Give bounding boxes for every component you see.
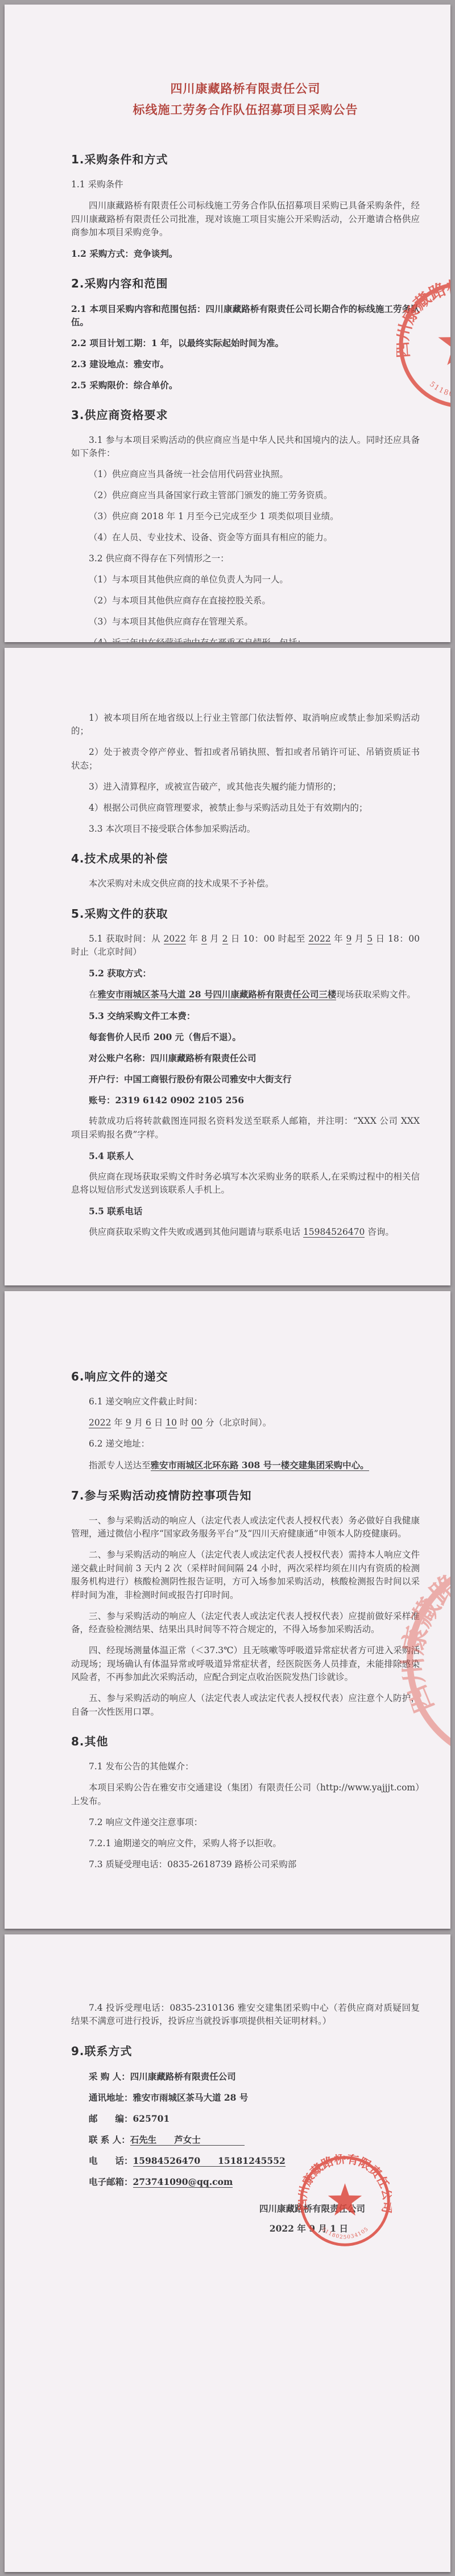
text-run: 时	[177, 1418, 191, 1428]
paragraph: 2.3 建设地点：雅安市。	[71, 358, 420, 371]
paragraph: （1）供应商应当具备统一社会信用代码营业执照。	[71, 468, 420, 482]
paragraph: （2）供应商应当具备国家行政主管部门颁发的施工劳务资质。	[71, 489, 420, 503]
text-run: 电 话：	[89, 2155, 133, 2166]
underlined-value: 00	[191, 1418, 202, 1428]
underlined-value: 石先生 芦女士	[130, 2134, 245, 2146]
section-heading: 8.其他	[71, 1734, 420, 1749]
page-1: 四川康藏路桥有限责任公司标线施工劳务合作队伍招募项目采购公告1.采购条件和方式1…	[5, 5, 450, 642]
paragraph: 6.2 递交地址：	[71, 1437, 420, 1451]
paragraph: 电 话：15984526470 15181245552	[71, 2154, 420, 2168]
text-run: 咨询。	[365, 1227, 394, 1237]
document-scan: 四川康藏路桥有限责任公司标线施工劳务合作队伍招募项目采购公告1.采购条件和方式1…	[0, 0, 455, 2576]
paragraph: 3）进入清算程序，或被宣告破产，或其他丧失履约能力情形的；	[71, 780, 420, 794]
paragraph: 对公账户名称：四川康藏路桥有限责任公司	[71, 1051, 420, 1065]
paragraph: 1.1 采购条件	[71, 178, 420, 192]
text-run: 5.1 获取时间：从	[89, 934, 164, 944]
underlined-value: 2022	[89, 1418, 111, 1428]
paragraph: 电子邮箱：273741090@qq.com	[71, 2175, 420, 2189]
paragraph: 7.3 质疑受理电话：0835-2618739 路桥公司采购部	[71, 1858, 420, 1872]
paragraph: 2）处于被责令停产停业、暂扣或者吊销执照、暂扣或者吊销许可证、吊销资质证书状态；	[71, 746, 420, 773]
paragraph: 2.5 采购限价：综合单价。	[71, 379, 420, 392]
text-run: 日 10：00 时起至	[228, 934, 309, 944]
text-run: 月	[207, 934, 222, 944]
underlined-value: 15984526470	[303, 1227, 365, 1238]
text-run: 分（北京时间）。	[202, 1418, 271, 1428]
paragraph: 联 系 人：石先生 芦女士	[71, 2133, 420, 2147]
paragraph: 采 购 人：四川康藏路桥有限责任公司	[71, 2070, 420, 2084]
section-heading: 5.采购文件的获取	[71, 906, 420, 922]
section-heading: 3.供应商资格要求	[71, 408, 420, 423]
paragraph: 3.2 供应商不得存在下列情形之一：	[71, 552, 420, 566]
paragraph: 5.4 联系人	[71, 1149, 420, 1163]
underlined-value: 2022	[164, 934, 186, 944]
text-run: 联 系 人：	[89, 2134, 130, 2145]
document-title: 四川康藏路桥有限责任公司	[71, 79, 420, 100]
paragraph: 二、参与采购活动的响应人（法定代表人或法定代表人授权代表）需持本人响应文件递交截…	[71, 1548, 420, 1602]
paragraph: 本项目采购公告在雅安市交通建设（集团）有限责任公司（http://www.yaj…	[71, 1781, 420, 1808]
paragraph: 2.2 项目计划工期：1 年，以最终实际起始时间为准。	[71, 336, 420, 350]
paragraph: 四、经现场测量体温正常（＜37.3℃）且无咳嗽等呼吸道异常症状者方可进入采购活动…	[71, 1644, 420, 1685]
paragraph: 转款成功后将转款截图连同报名资料发送至联系人邮箱，并注明：“XXX 公司 XXX…	[71, 1115, 420, 1141]
paragraph: 三、参与采购活动的响应人（法定代表人或法定代表人授权代表）应提前做好采样准备，经…	[71, 1610, 420, 1637]
page-2: 1）被本项目所在地省级以上行业主管部门依法暂停、取消响应或禁止参加采购活动的；2…	[5, 648, 450, 1285]
signature-line: 四川康藏路桥有限责任公司	[71, 2202, 420, 2216]
text-run: 月	[351, 934, 367, 944]
paragraph: 3.3 本次项目不接受联合体参加采购活动。	[71, 823, 420, 836]
paragraph: 2022 年 9 月 6 日 10 时 00 分（北京时间）。	[71, 1416, 420, 1430]
text-run: 年	[331, 934, 346, 944]
section-heading: 4.技术成果的补偿	[71, 851, 420, 866]
signature-line: 2022 年 9 月 1 日	[71, 2222, 420, 2236]
paragraph: 开户行：中国工商银行股份有限公司雅安中大街支行	[71, 1073, 420, 1086]
paragraph: 1.2 采购方式：竞争谈判。	[71, 247, 420, 261]
paragraph: （4）近三年内在经营活动中存在严重不良情形。包括：	[71, 636, 420, 642]
paragraph: （3）与本项目其他供应商存在管理关系。	[71, 615, 420, 629]
text-run: 电子邮箱：	[89, 2176, 133, 2187]
paragraph: 7.1 发布公告的其他媒介：	[71, 1760, 420, 1774]
text-run: 在	[89, 989, 98, 1000]
text-run: 日	[151, 1418, 166, 1428]
paragraph: 供应商获取采购文件失败或遇到其他问题请与联系电话 15984526470 咨询。	[71, 1226, 420, 1239]
seal-star-icon	[438, 320, 450, 365]
page-3: 6.响应文件的递交6.1 递交响应文件截止时间：2022 年 9 月 6 日 1…	[5, 1291, 450, 1929]
paragraph: 四川康藏路桥有限责任公司标线施工劳务合作队伍招募项目采购已具备采购条件，经四川康…	[71, 199, 420, 240]
page-4: 7.4 投诉受理电话：0835-2310136 雅安交建集团采购中心（若供应商对…	[5, 1934, 450, 2572]
section-heading: 9.联系方式	[71, 2044, 420, 2059]
paragraph: 邮 编：625701	[71, 2112, 420, 2126]
underlined-value: 8	[201, 934, 207, 944]
paragraph: 一、参与采购活动的响应人（法定代表人或法定代表人授权代表）务必做好自我健康管理，…	[71, 1514, 420, 1541]
section-heading: 1.采购条件和方式	[71, 152, 420, 167]
paragraph: 5.2 获取方式：	[71, 967, 420, 980]
text-run: 供应商获取采购文件失败或遇到其他问题请与联系电话	[89, 1227, 303, 1237]
paragraph: 5.3 交纳采购文件工本费：	[71, 1009, 420, 1023]
underlined-value: 5	[367, 934, 373, 944]
paragraph: 4）根据公司供应商管理要求，被禁止参与采购活动且处于有效期内的；	[71, 802, 420, 815]
paragraph: 7.2.1 逾期递交的响应文件，采购人将予以拒收。	[71, 1837, 420, 1851]
paragraph: （1）与本项目其他供应商的单位负责人为同一人。	[71, 573, 420, 587]
underlined-value: 2	[222, 934, 228, 944]
underlined-value: 273741090@qq.com	[133, 2176, 233, 2188]
text-run: 指派专人送达至	[89, 1460, 151, 1470]
paragraph: 1）被本项目所在地省级以上行业主管部门依法暂停、取消响应或禁止参加采购活动的；	[71, 712, 420, 738]
paragraph: 本次采购对未成交供应商的技术成果不予补偿。	[71, 877, 420, 891]
paragraph: 五、参与采购活动的响应人（法定代表人或法定代表人授权代表）应注意个人防护，自备一…	[71, 1692, 420, 1719]
paragraph: （3）供应商 2018 年 1 月至今已完成至少 1 项类似项目业绩。	[71, 510, 420, 524]
section-heading: 6.响应文件的递交	[71, 1369, 420, 1384]
underlined-value: 雅安市雨城区茶马大道 28 号四川康藏路桥有限责任公司三楼	[98, 989, 337, 1000]
paragraph: 供应商在现场获取采购文件时务必填写本次采购业务的联系人,在采购过程中的相关信息将…	[71, 1170, 420, 1197]
paragraph: 6.1 递交响应文件截止时间：	[71, 1395, 420, 1409]
paragraph: 每套售价人民币 200 元（售后不退）。	[71, 1030, 420, 1044]
underlined-value: 10	[166, 1418, 177, 1428]
underlined-value: 9	[346, 934, 352, 944]
section-heading: 2.采购内容和范围	[71, 276, 420, 291]
paragraph: （4）在人员、专业技术、设备、资金等方面具有相应的能力。	[71, 531, 420, 545]
paragraph: 指派专人送达至雅安市雨城区北环东路 308 号一楼交建集团采购中心。	[71, 1458, 420, 1473]
paragraph: 通讯地址：雅安市雨城区茶马大道 28 号	[71, 2091, 420, 2105]
text-run: 现场获取采购文件。	[336, 989, 416, 1000]
paragraph: 7.2 响应文件递交注意事项：	[71, 1816, 420, 1830]
text-run: 月	[131, 1418, 146, 1428]
paragraph: 在雅安市雨城区茶马大道 28 号四川康藏路桥有限责任公司三楼现场获取采购文件。	[71, 988, 420, 1002]
paragraph: 5.1 获取时间：从 2022 年 8 月 2 日 10：00 时起至 2022…	[71, 932, 420, 959]
text-run: 年	[186, 934, 201, 944]
paragraph: 3.1 参与本项目采购活动的供应商应当是中华人民共和国境内的法人。同时还应具备如…	[71, 434, 420, 461]
underlined-value: 15984526470 15181245552	[133, 2155, 286, 2167]
underlined-value: 9	[126, 1418, 131, 1428]
pages-root: 四川康藏路桥有限责任公司标线施工劳务合作队伍招募项目采购公告1.采购条件和方式1…	[0, 5, 455, 2572]
section-heading: 7.参与采购活动疫情防控事项告知	[71, 1488, 420, 1503]
underlined-value: 雅安市雨城区北环东路 308 号一楼交建集团采购中心。	[151, 1460, 369, 1471]
text-run: 年	[111, 1418, 125, 1428]
paragraph: （2）与本项目其他供应商存在直接控股关系。	[71, 594, 420, 608]
paragraph: 7.4 投诉受理电话：0835-2310136 雅安交建集团采购中心（若供应商对…	[71, 2002, 420, 2028]
spacer	[71, 121, 420, 137]
underlined-value: 6	[146, 1418, 151, 1428]
document-title: 标线施工劳务合作队伍招募项目采购公告	[71, 100, 420, 121]
paragraph: 账号：2319 6142 0902 2105 256	[71, 1094, 420, 1107]
svg-text:5118025034105: 5118025034105	[428, 379, 450, 399]
paragraph: 2.1 本项目采购内容和范围包括：四川康藏路桥有限责任公司长期合作的标线施工劳务…	[71, 302, 420, 329]
paragraph: 5.5 联系电话	[71, 1205, 420, 1218]
underlined-value: 2022	[308, 934, 330, 944]
